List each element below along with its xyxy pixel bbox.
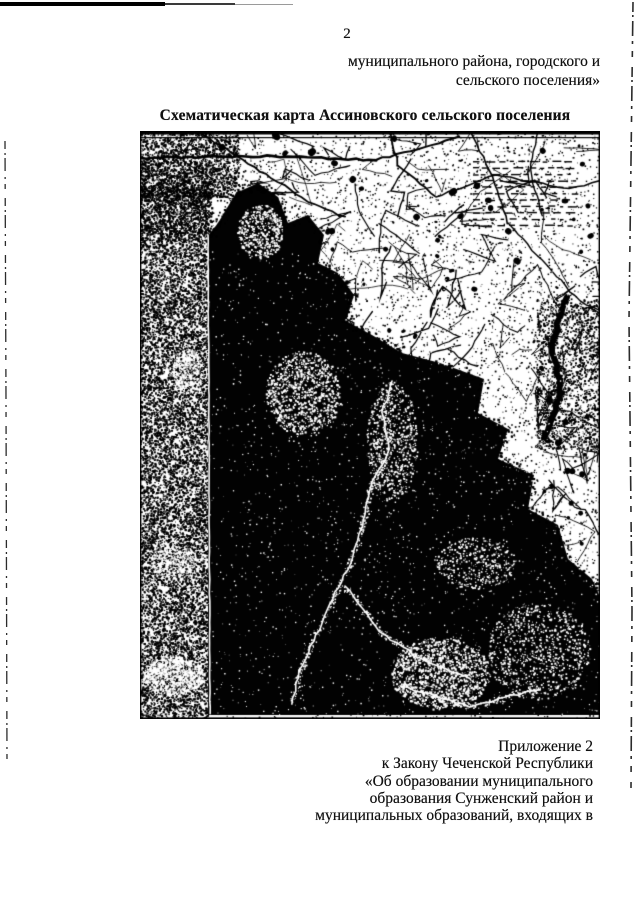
header-line-1: муниципального района, городского и xyxy=(180,53,600,72)
scan-artifact-right-dashed-line xyxy=(629,2,633,788)
appendix-line-5: муниципальных образований, входящих в xyxy=(113,807,593,824)
header-line-2: сельского поселения» xyxy=(180,72,600,91)
scan-artifact-topline-fade2 xyxy=(235,4,293,5)
header-continuation-text: муниципального района, городского и сель… xyxy=(180,53,600,90)
map-title: Схематическая карта Ассиновского сельско… xyxy=(130,107,600,125)
page-number: 2 xyxy=(0,26,640,43)
appendix-line-3: «Об образовании муниципального xyxy=(113,773,593,790)
scan-artifact-left-dashed-line xyxy=(5,141,7,762)
appendix-line-1: Приложение 2 xyxy=(113,738,593,755)
appendix-reference-text: Приложение 2 к Закону Чеченской Республи… xyxy=(113,738,593,824)
appendix-line-4: образования Сунженский район и xyxy=(113,790,593,807)
scanned-document-page: { "page": { "number": "2", "header": { "… xyxy=(0,0,640,905)
map-image xyxy=(140,131,600,719)
scan-artifact-topline xyxy=(0,2,165,6)
scan-artifact-topline-fade1 xyxy=(165,3,235,5)
appendix-line-2: к Закону Чеченской Республики xyxy=(113,755,593,772)
map-image-frame xyxy=(140,131,600,719)
